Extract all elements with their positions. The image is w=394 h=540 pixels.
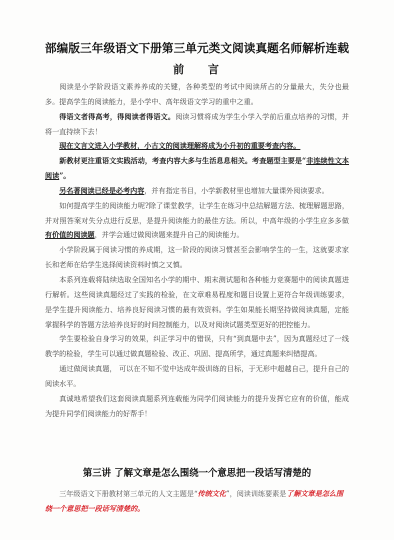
paragraph-text: 如何提高学生的阅读能力呢?除了课堂教学，让学生在练习中总结解题方法、梳理解题思路… [45, 201, 349, 225]
paragraph-5: 另名著阅读已经是必考内容，并有指定书目，小学新教材里也增加大量课外阅读要求。 [45, 184, 349, 199]
underlined-term: 有价值的阅读题 [45, 230, 95, 239]
paragraph-8: 本系列连载将陆续选取全国知名小学的期中、期末测试题和各种能力竞赛题中的阅读真题进… [45, 273, 349, 332]
paragraph-7: 小学阶段属于阅读习惯的养成期，这一阶段的阅读习惯甚至会影响学生的一生，这就要求家… [45, 243, 349, 273]
preface-heading: 前 言 [0, 61, 394, 77]
document-page: 部编版三年级语文下册第三单元类文阅读真题名师解析连载 前 言 阅读是小学阶段语文… [0, 0, 394, 540]
paragraph-text: ，并有指定书目，小学新教材里也增加大量课外阅读要求。 [144, 186, 328, 195]
paragraph-10: 通过做阅读真题， 可以在不知不觉中达成年级训练的目标，于无形中超越自己，提升自己… [45, 362, 349, 392]
section-title: 第三讲 了解文章是怎么围绕一个意思把一段话写清楚的 [0, 465, 394, 479]
document-title: 部编版三年级语文下册第三单元类文阅读真题名师解析连载 [0, 40, 394, 56]
paragraph-11: 真诚地希望我们这套阅读真题系列连载能为同学们阅读能力的提升发挥它应有的价值，能成… [45, 392, 349, 422]
paragraph-2: 得语文者得高考，得阅读者得语文。阅读习惯将成为学生小学入学前后重点培养的习惯，并… [45, 110, 349, 140]
section-intro: 三年级语文下册教材第三单元的人文主题是“传统文化”，阅读训练要素是了解文章是怎么… [45, 486, 349, 516]
intro-text: 三年级语文下册教材第三单元的人文主题是“ [59, 489, 197, 498]
theme-highlight: 传统文化 [198, 489, 226, 498]
preface-body: 阅读是小学阶段语文素养养成的关键，各种类型的考试中阅读所占的分量最大，失分也最多… [45, 80, 349, 421]
paragraph-9: 学生要检验自身学习的效果，纠正学习中的错误，只有“到真题中去”，因为真题经过了一… [45, 332, 349, 362]
intro-text: ”，阅读训练要素是 [226, 489, 286, 498]
underlined-statement: 另名著阅读已经是必考内容 [59, 186, 144, 195]
paragraph-6: 如何提高学生的阅读能力呢?除了课堂教学，让学生在练习中总结解题方法、梳理解题思路… [45, 199, 349, 244]
paragraph-3: 现在文言文进入小学教材，小古文的阅读理解将成为小升初的重要考查内容。 [45, 139, 349, 154]
bold-end: ”。 [59, 171, 70, 180]
bold-slogan: 得语文者得高考，得阅读者得语文。 [59, 112, 175, 121]
underlined-statement: 现在文言文进入小学教材，小古文的阅读理解将成为小升初的重要考查内容。 [59, 141, 300, 150]
paragraph-text: ，并学会通过做阅读题来提升自己的阅读能力。 [95, 230, 244, 239]
bold-statement: 新教材更注重语文实践活动，考查内容大多与生活息息相关。考查题型主要是“ [59, 156, 306, 165]
paragraph-4: 新教材更注重语文实践活动，考查内容大多与生活息息相关。考查题型主要是“非连续性文… [45, 154, 349, 184]
paragraph-1: 阅读是小学阶段语文素养养成的关键，各种类型的考试中阅读所占的分量最大，失分也最多… [45, 80, 349, 110]
intro-paragraph: 三年级语文下册教材第三单元的人文主题是“传统文化”，阅读训练要素是了解文章是怎么… [45, 486, 349, 516]
